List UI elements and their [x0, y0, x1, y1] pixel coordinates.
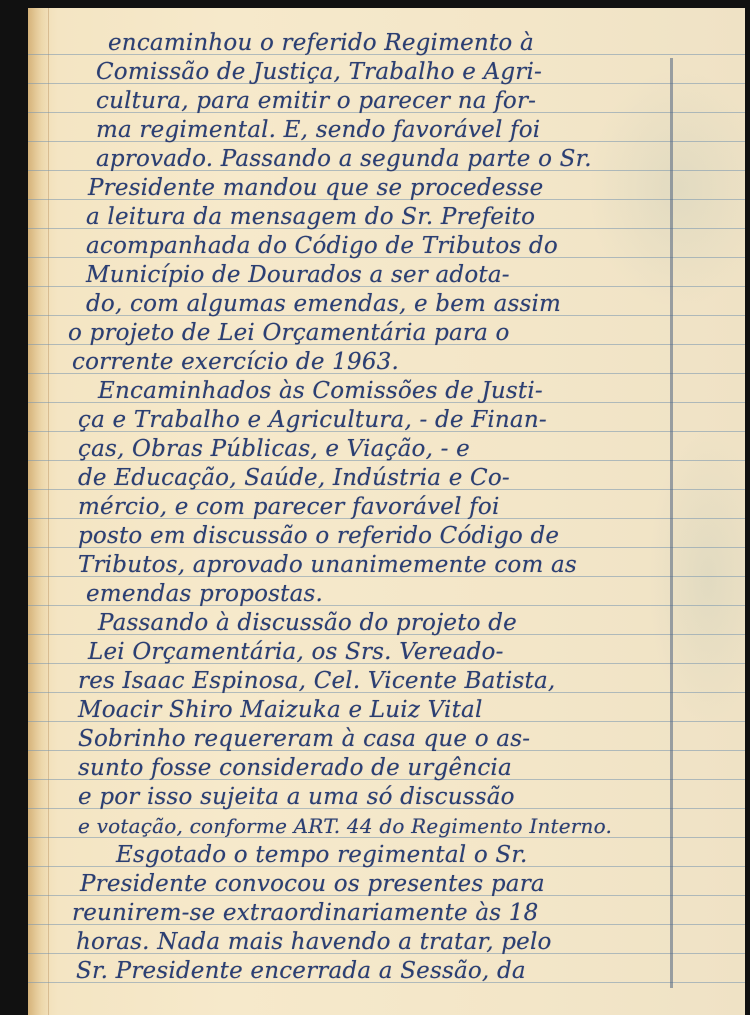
handwritten-line: Encaminhados às Comissões de Justi- — [98, 377, 543, 405]
handwritten-line: Passando à discussão do projeto de — [98, 609, 517, 637]
handwritten-line: ma regimental. E, sendo favorável foi — [96, 116, 540, 144]
handwritten-line: Sobrinho requereram à casa que o as- — [78, 725, 530, 753]
handwritten-line: do, com algumas emendas, e bem assim — [86, 290, 561, 318]
handwritten-line: res Isaac Espinosa, Cel. Vicente Batista… — [78, 667, 555, 695]
handwritten-line: aprovado. Passando a segunda parte o Sr. — [96, 145, 592, 173]
handwritten-line: ça e Trabalho e Agricultura, - de Finan- — [78, 406, 547, 434]
handwritten-line: Município de Dourados a ser adota- — [86, 261, 510, 289]
handwritten-line: e por isso sujeita a uma só discussão — [78, 783, 515, 811]
vertical-margin-rule — [670, 58, 673, 988]
handwritten-line: e votação, conforme ART. 44 do Regimento… — [78, 812, 612, 840]
handwritten-line: Presidente mandou que se procedesse — [88, 174, 543, 202]
handwritten-line: Sr. Presidente encerrada a Sessão, da — [76, 957, 526, 985]
handwritten-line: mércio, e com parecer favorável foi — [78, 493, 500, 521]
handwritten-line: corrente exercício de 1963. — [72, 348, 399, 376]
handwritten-line: ças, Obras Públicas, e Viação, - e — [78, 435, 470, 463]
handwritten-line: de Educação, Saúde, Indústria e Co- — [78, 464, 510, 492]
handwritten-line: reunirem-se extraordinariamente às 18 — [72, 899, 538, 927]
handwritten-line: posto em discussão o referido Código de — [78, 522, 559, 550]
handwritten-line: o projeto de Lei Orçamentária para o — [68, 319, 510, 347]
ledger-page: encaminhou o referido Regimento à Comiss… — [28, 8, 745, 1015]
handwritten-line: horas. Nada mais havendo a tratar, pelo — [76, 928, 552, 956]
handwritten-line: Esgotado o tempo regimental o Sr. — [116, 841, 528, 869]
handwritten-line: Comissão de Justiça, Trabalho e Agri- — [96, 58, 542, 86]
handwritten-line: Lei Orçamentária, os Srs. Vereado- — [88, 638, 504, 666]
handwritten-line: Moacir Shiro Maizuka e Luiz Vital — [78, 696, 483, 724]
handwritten-line: cultura, para emitir o parecer na for- — [96, 87, 536, 115]
handwritten-line: a leitura da mensagem do Sr. Prefeito — [86, 203, 535, 231]
handwritten-line: Tributos, aprovado unanimemente com as — [78, 551, 577, 579]
handwritten-line: Presidente convocou os presentes para — [80, 870, 545, 898]
handwritten-line: emendas propostas. — [86, 580, 323, 608]
handwritten-line: sunto fosse considerado de urgência — [78, 754, 512, 782]
handwritten-line: encaminhou o referido Regimento à — [108, 29, 534, 57]
handwritten-line: acompanhada do Código de Tributos do — [86, 232, 558, 260]
